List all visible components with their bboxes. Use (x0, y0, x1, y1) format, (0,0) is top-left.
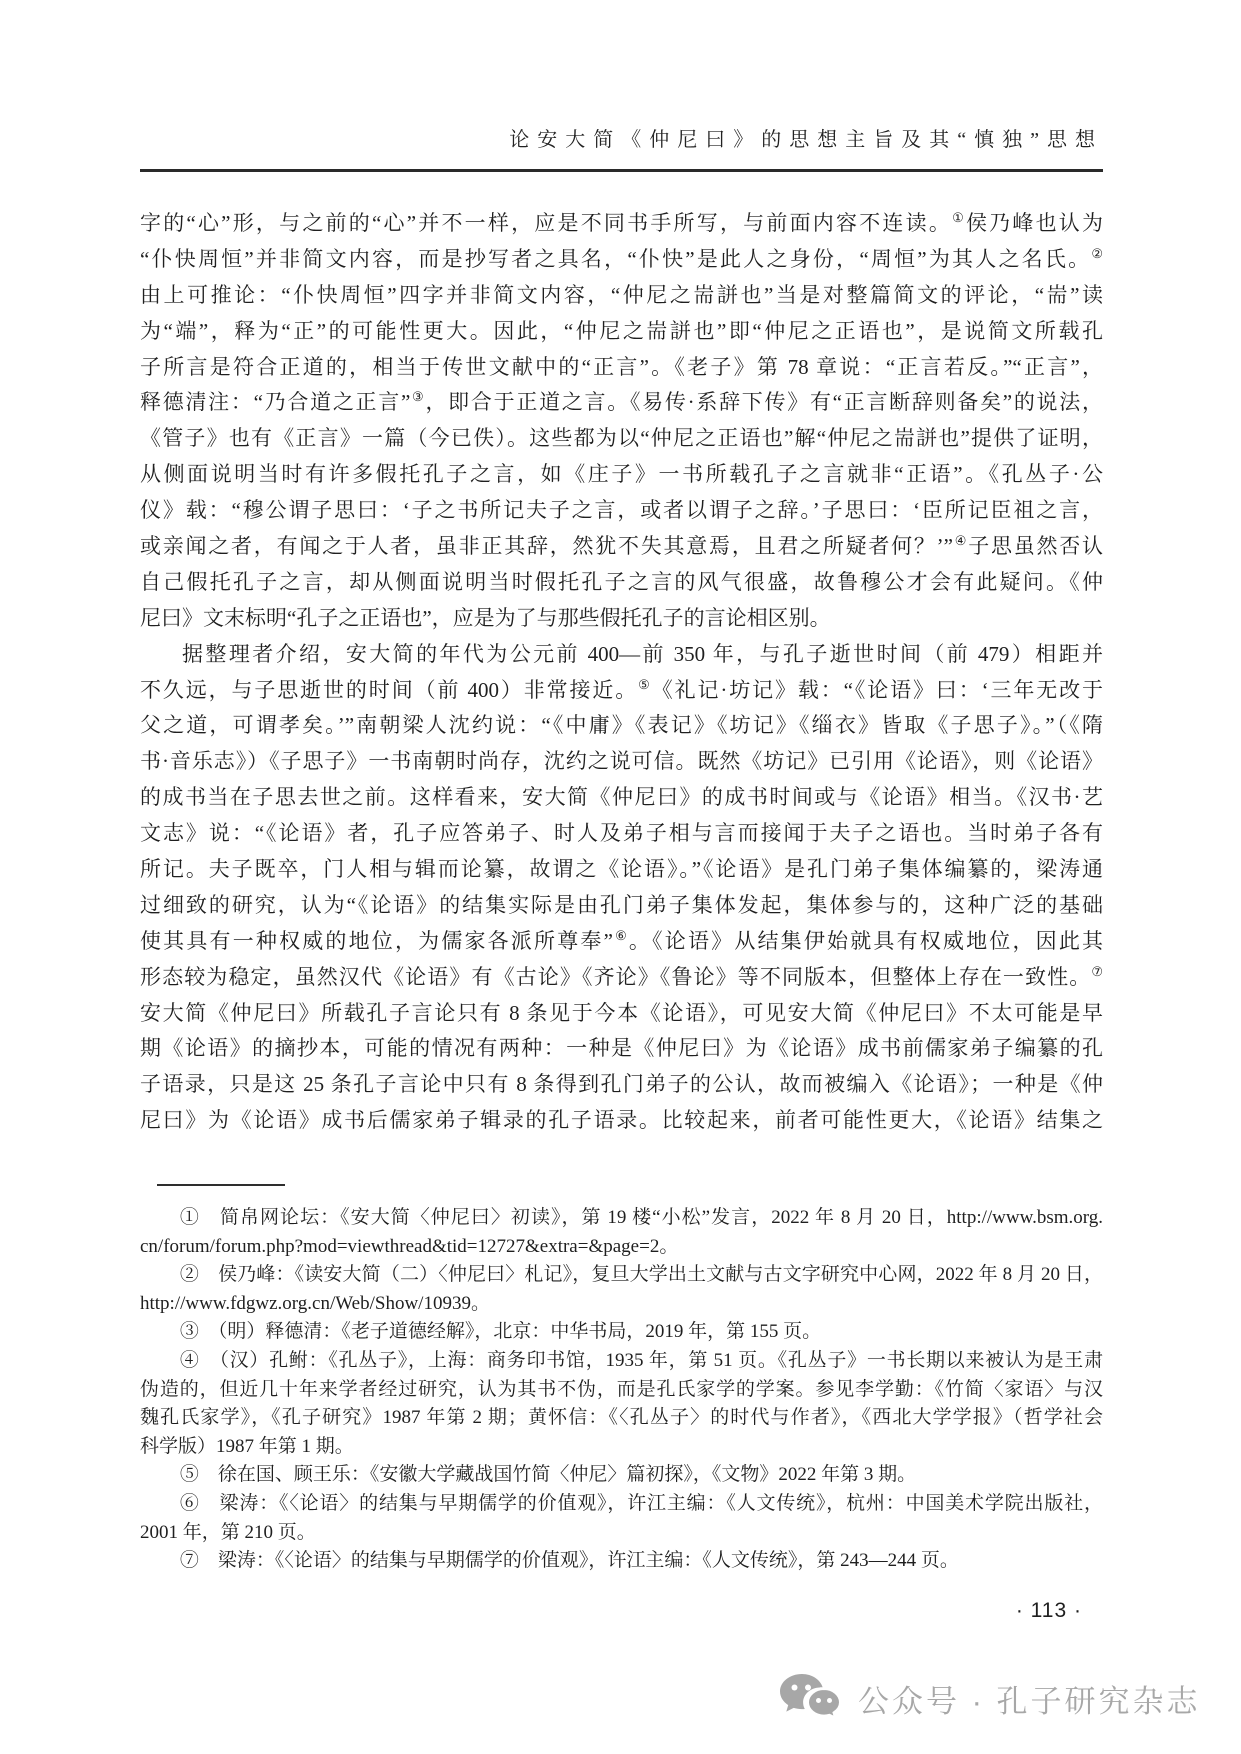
body-line: 由上可推论：“仆快周恒”四字并非简文内容，“仲尼之耑誁也”当是对整篇简文的评论，… (140, 278, 1103, 314)
body-line: 尼曰》为《论语》成书后儒家弟子辑录的孔子语录。比较起来，前者可能性更大，《论语》… (140, 1103, 1103, 1139)
body-line: 为“端”，释为“正”的可能性更大。因此，“仲尼之耑誁也”即“仲尼之正语也”，是说… (140, 314, 1103, 350)
body-line: 不久远，与子思逝世的时间（前 400）非常接近。⑤《礼记·坊记》载：“《论语》曰… (140, 673, 1103, 709)
body-paragraph: 据整理者介绍，安大简的年代为公元前 400—前 350 年，与孔子逝世时间（前 … (140, 637, 1103, 1139)
page-number: · 113 · (140, 1599, 1082, 1623)
body-line: 使其具有一种权威的地位，为儒家各派所尊奉”⑥。《论语》从结集伊始就具有权威地位，… (140, 924, 1103, 960)
watermark-text: 公众号 · 孔子研究杂志 (858, 1676, 1201, 1721)
body-line: 的成书当在子思去世之前。这样看来，安大简《仲尼曰》的成书时间或与《论语》相当。《… (140, 780, 1103, 816)
body-line: 释德清注：“乃合道之正言”③，即合于正道之言。《易传·系辞下传》有“正言断辞则备… (140, 385, 1103, 421)
body-line: 文志》说：“《论语》者，孔子应答弟子、时人及弟子相与言而接闻于夫子之语也。当时弟… (140, 816, 1103, 852)
running-title: 论安大简《仲尼曰》的思想主旨及其“慎独”思想 (140, 123, 1103, 152)
footnote-line: ① 简帛网论坛：《安大简〈仲尼曰〉初读》，第 19 楼“小松”发言，2022 年… (140, 1204, 1103, 1233)
footnote-item: ⑥ 梁涛：《〈论语〉的结集与早期儒学的价值观》，许江主编：《人文传统》，杭州：中… (140, 1490, 1103, 1547)
footnote-line: 魏孔氏家学》，《孔子研究》1987 年第 2 期；黄怀信：《〈孔丛子〉的时代与作… (140, 1404, 1103, 1433)
body-line: 子语录，只是这 25 条孔子言论中只有 8 条得到孔门弟子的公认，故而被编入《论… (140, 1067, 1103, 1103)
body-line: 《管子》也有《正言》一篇（今已佚）。这些都为以“仲尼之正语也”解“仲尼之耑誁也”… (140, 421, 1103, 457)
footnote-line: ③ （明）释德清：《老子道德经解》，北京：中华书局，2019 年，第 155 页… (140, 1318, 1103, 1347)
footnote-line: 2001 年，第 210 页。 (140, 1519, 1103, 1548)
footnote-line: ⑤ 徐在国、顾王乐：《安徽大学藏战国竹简〈仲尼〉篇初探》，《文物》2022 年第… (140, 1461, 1103, 1490)
document-page: 论安大简《仲尼曰》的思想主旨及其“慎独”思想 字的“心”形，与之前的“心”并不一… (0, 0, 1241, 1754)
footnote-line: ⑦ 梁涛：《〈论语〉的结集与早期儒学的价值观》，许江主编：《人文传统》，第 24… (140, 1547, 1103, 1576)
footnote-divider (157, 1184, 285, 1186)
body-line: 据整理者介绍，安大简的年代为公元前 400—前 350 年，与孔子逝世时间（前 … (140, 637, 1103, 673)
body-line: 仪》载：“穆公谓子思曰：‘子之书所记夫子之言，或者以谓子之辞。’子思曰：‘臣所记… (140, 493, 1103, 529)
footnote-line: 科学版）1987 年第 1 期。 (140, 1433, 1103, 1462)
footnote-line: ④ （汉）孔鲋：《孔丛子》，上海：商务印书馆，1935 年，第 51 页。《孔丛… (140, 1347, 1103, 1376)
body-line: 所记。夫子既卒，门人相与辑而论纂，故谓之《论语》。”《论语》是孔门弟子集体编纂的… (140, 852, 1103, 888)
body-line: 形态较为稳定，虽然汉代《论语》有《古论》《齐论》《鲁论》等不同版本，但整体上存在… (140, 960, 1103, 996)
body-line: 字的“心”形，与之前的“心”并不一样，应是不同书手所写，与前面内容不连读。①侯乃… (140, 206, 1103, 242)
body-text: 字的“心”形，与之前的“心”并不一样，应是不同书手所写，与前面内容不连读。①侯乃… (140, 206, 1103, 1139)
watermark: 公众号 · 孔子研究杂志 (778, 1672, 1201, 1724)
footnote-line: ⑥ 梁涛：《〈论语〉的结集与早期儒学的价值观》，许江主编：《人文传统》，杭州：中… (140, 1490, 1103, 1519)
body-line: 自己假托孔子之言，却从侧面说明当时假托孔子之言的风气很盛，故鲁穆公才会有此疑问。… (140, 565, 1103, 601)
footnote-item: ③ （明）释德清：《老子道德经解》，北京：中华书局，2019 年，第 155 页… (140, 1318, 1103, 1347)
footnote-item: ⑤ 徐在国、顾王乐：《安徽大学藏战国竹简〈仲尼〉篇初探》，《文物》2022 年第… (140, 1461, 1103, 1490)
footnote-item: ⑦ 梁涛：《〈论语〉的结集与早期儒学的价值观》，许江主编：《人文传统》，第 24… (140, 1547, 1103, 1576)
body-line: 安大简《仲尼曰》所载孔子言论只有 8 条见于今本《论语》，可见安大简《仲尼曰》不… (140, 996, 1103, 1032)
footnote-line: 伪造的，但近几十年来学者经过研究，认为其书不伪，而是孔氏家学的学案。参见李学勤：… (140, 1376, 1103, 1405)
footnote-item: ④ （汉）孔鲋：《孔丛子》，上海：商务印书馆，1935 年，第 51 页。《孔丛… (140, 1347, 1103, 1461)
footnote-line: http://www.fdgwz.org.cn/Web/Show/10939。 (140, 1290, 1103, 1319)
header-rule (140, 169, 1103, 172)
body-line: 期《论语》的摘抄本，可能的情况有两种：一种是《仲尼曰》为《论语》成书前儒家弟子编… (140, 1031, 1103, 1067)
footnote-item: ② 侯乃峰：《读安大简（二）〈仲尼曰〉札记》，复旦大学出土文献与古文字研究中心网… (140, 1261, 1103, 1318)
body-paragraph: 字的“心”形，与之前的“心”并不一样，应是不同书手所写，与前面内容不连读。①侯乃… (140, 206, 1103, 637)
body-line: 从侧面说明当时有许多假托孔子之言，如《庄子》一书所载孔子之言就非“正语”。《孔丛… (140, 457, 1103, 493)
footnotes-list: ① 简帛网论坛：《安大简〈仲尼曰〉初读》，第 19 楼“小松”发言，2022 年… (140, 1204, 1103, 1576)
body-line: 过细致的研究，认为“《论语》的结集实际是由孔门弟子集体发起，集体参与的，这种广泛… (140, 888, 1103, 924)
body-line: 或亲闻之者，有闻之于人者，虽非正其辞，然犹不失其意焉，且君之所疑者何？’”④子思… (140, 529, 1103, 565)
body-line: “仆快周恒”并非简文内容，而是抄写者之具名，“仆快”是此人之身份，“周恒”为其人… (140, 242, 1103, 278)
footnote-line: cn/forum/forum.php?mod=viewthread&tid=12… (140, 1233, 1103, 1262)
body-line: 父之道，可谓孝矣。’”南朝梁人沈约说：“《中庸》《表记》《坊记》《缁衣》皆取《子… (140, 708, 1103, 744)
body-line: 子所言是符合正道的，相当于传世文献中的“正言”。《老子》第 78 章说：“正言若… (140, 350, 1103, 386)
footnote-line: ② 侯乃峰：《读安大简（二）〈仲尼曰〉札记》，复旦大学出土文献与古文字研究中心网… (140, 1261, 1103, 1290)
body-line: 尼曰》文末标明“孔子之正语也”，应是为了与那些假托孔子的言论相区别。 (140, 601, 1103, 637)
footnote-item: ① 简帛网论坛：《安大简〈仲尼曰〉初读》，第 19 楼“小松”发言，2022 年… (140, 1204, 1103, 1261)
body-line: 书·音乐志》）《子思子》一书南朝时尚存，沈约之说可信。既然《坊记》已引用《论语》… (140, 744, 1103, 780)
wechat-icon (778, 1672, 844, 1724)
